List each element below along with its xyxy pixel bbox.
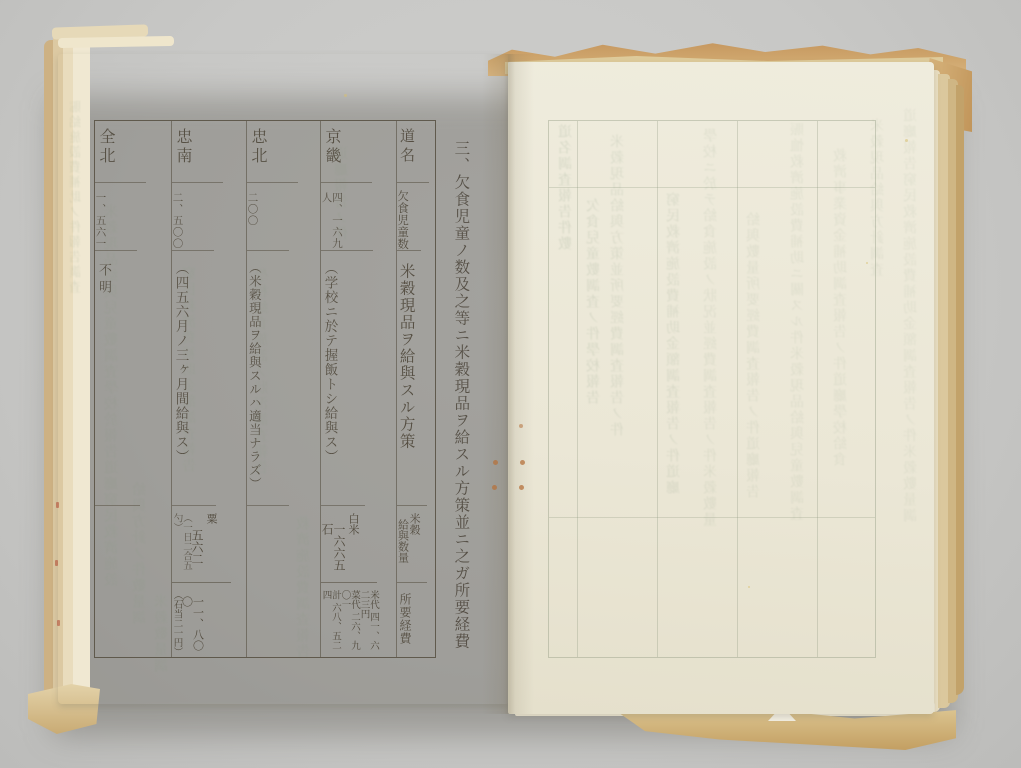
bleedthrough-text: 學校ニ於テ給食施設ノ狀況並經費調査報告ノ件米穀數量 [703,128,719,633]
page-edge-red-mark [57,620,60,626]
column-keiki: 京畿 四、一六九人 （学校ニ於テ握飯トシ給與ス） 白米 一六六五石 米代 四一、… [321,121,397,657]
book-gutter [482,54,534,714]
page-edge-red-mark [56,502,59,508]
cell-quantity: 粟 五六二 （一日二合五勺） [172,506,231,583]
cell-children-count: 一、五六一 [95,183,137,251]
bleedthrough-text: 米穀現品給與方針調査 [870,118,886,418]
bleedthrough-text: 賑給施設費補助ノ件報告調査 [70,100,85,430]
binding-stitch [520,460,525,465]
cell-province-name: 全北 [95,121,146,183]
expense-line: 菜代 二六、九〇一 [340,590,359,657]
left-page: 賑給施設費補助ノ件報告調査 米穀現品給與兒童數調査學校於報告道廳窮民救濟施設 給… [58,54,508,704]
bleedthrough-text: 窮民救濟施設費補助金額調査報告ノ件道廳 [666,192,682,627]
quantity-value: 一六六五石 [321,523,345,582]
header-children-count: 欠食児童数 [397,183,421,251]
bleedthrough-text: 道名調査報告件數 [558,124,574,304]
bleedthrough-text: 米穀現品給與方策並所要經費調査報告ノ件 [610,134,626,519]
expense-line: 米代 四一、六二三円 [359,590,378,657]
cell-expenses: 一一、八〇〇 （石当二一円） [172,583,222,657]
page-edge [956,85,964,695]
expense-line: 一一、八〇〇 [182,596,204,657]
quantity-label: 白米 [345,513,361,582]
paper-speck [866,262,868,264]
section-title: 三、欠食児童ノ数及之等ニ米穀現品ヲ給スル方策並ニ之ガ所要経費 [451,140,470,672]
cell-province-name: 京畿 [321,121,372,183]
column-chubuk: 忠北 二〇〇 （米穀現品ヲ給與スルハ適当ナラズ） [247,121,321,657]
quantity-note: （一日二合五勺） [172,513,191,582]
bleedthrough-text: 賑恤救濟施設費補助ニ關スル件米穀現品給與兒童數調査 [790,122,806,647]
column-zenboku: 全北 一、五六一 不明 [95,121,172,657]
binding-stitch [493,460,498,465]
paper-speck [344,94,347,97]
bleedthrough-text: 欠食兒童數調査ノ件學校報告 [586,198,602,488]
header-expenses: 所要経費 [397,583,426,657]
expense-line: 計 六八、五二四 [321,590,340,657]
header-quantity: 米穀 給與数量 [397,506,427,583]
cell-children-count: 二〇〇 [247,183,289,251]
expense-line: （石当二一円） [172,590,182,657]
cell-policy: （四五六月ノ三ヶ月間給與ス） [172,251,216,506]
bleedthrough-grid-line [737,121,738,657]
cell-policy: （米穀現品ヲ給與スルハ適当ナラズ） [247,251,289,506]
header-policy: 米穀現品ヲ給與スル方策 [397,251,427,506]
header-quantity-line2: 給與数量 [397,519,409,582]
cell-children-count: 二、五〇〇 [172,183,214,251]
quantity-label: 粟 [203,513,219,582]
header-quantity-line1: 米穀 [409,513,421,582]
page-corner-top-left [58,36,174,48]
cell-policy: （学校ニ於テ握飯トシ給與ス） [321,251,365,506]
header-province: 道名 [397,121,429,183]
quantity-value: 五六二 [191,529,203,582]
cell-expenses: 米代 四一、六二三円 菜代 二六、九〇一 計 六八、五二四 [321,583,388,657]
column-chunan: 忠南 二、五〇〇 （四五六月ノ三ヶ月間給與ス） 粟 五六二 （一日二合五勺） 一… [172,121,247,657]
bleedthrough-text: 道廳報告窮民救濟施設費補助金額調査報告ノ件米穀數量調 [903,108,919,633]
bleedthrough-text: 給與數量所要經費調査報告ノ件道廳報告 [746,212,762,647]
ledger-table: 全北 一、五六一 不明 忠南 二、五〇〇 （四五六月ノ三ヶ月間給與ス） 粟 五六… [94,120,436,658]
binding-stitch [519,485,524,490]
bleedthrough-grid-line [657,121,658,657]
binding-stitch [492,485,497,490]
cell-quantity: 白米 一六六五石 [321,506,377,583]
bleedthrough-text: 救濟事業資金補助調査報告ノ件道廳學校給食 [833,148,849,618]
cell-province-name: 忠南 [172,121,223,183]
cell-policy: 不明 [95,251,140,506]
bleedthrough-grid-line [817,121,818,657]
photograph-open-ledger-book: 賑給施設費補助ノ件報告調査 米穀現品給與兒童數調査學校於報告道廳窮民救濟施設 給… [0,0,1021,768]
cell-children-count: 四、一六九人 [321,183,373,251]
page-edge-red-mark [55,560,58,566]
right-page: 道名調査報告件數 欠食兒童數調査ノ件學校報告 米穀現品給與方策並所要經費調査報告… [508,62,934,714]
bleedthrough-grid-line [577,121,578,657]
cell-province-name: 忠北 [247,121,298,183]
binding-stitch [519,424,523,428]
column-row-headers: 道名 欠食児童数 米穀現品ヲ給與スル方策 米穀 給與数量 所要経費 [397,121,435,657]
